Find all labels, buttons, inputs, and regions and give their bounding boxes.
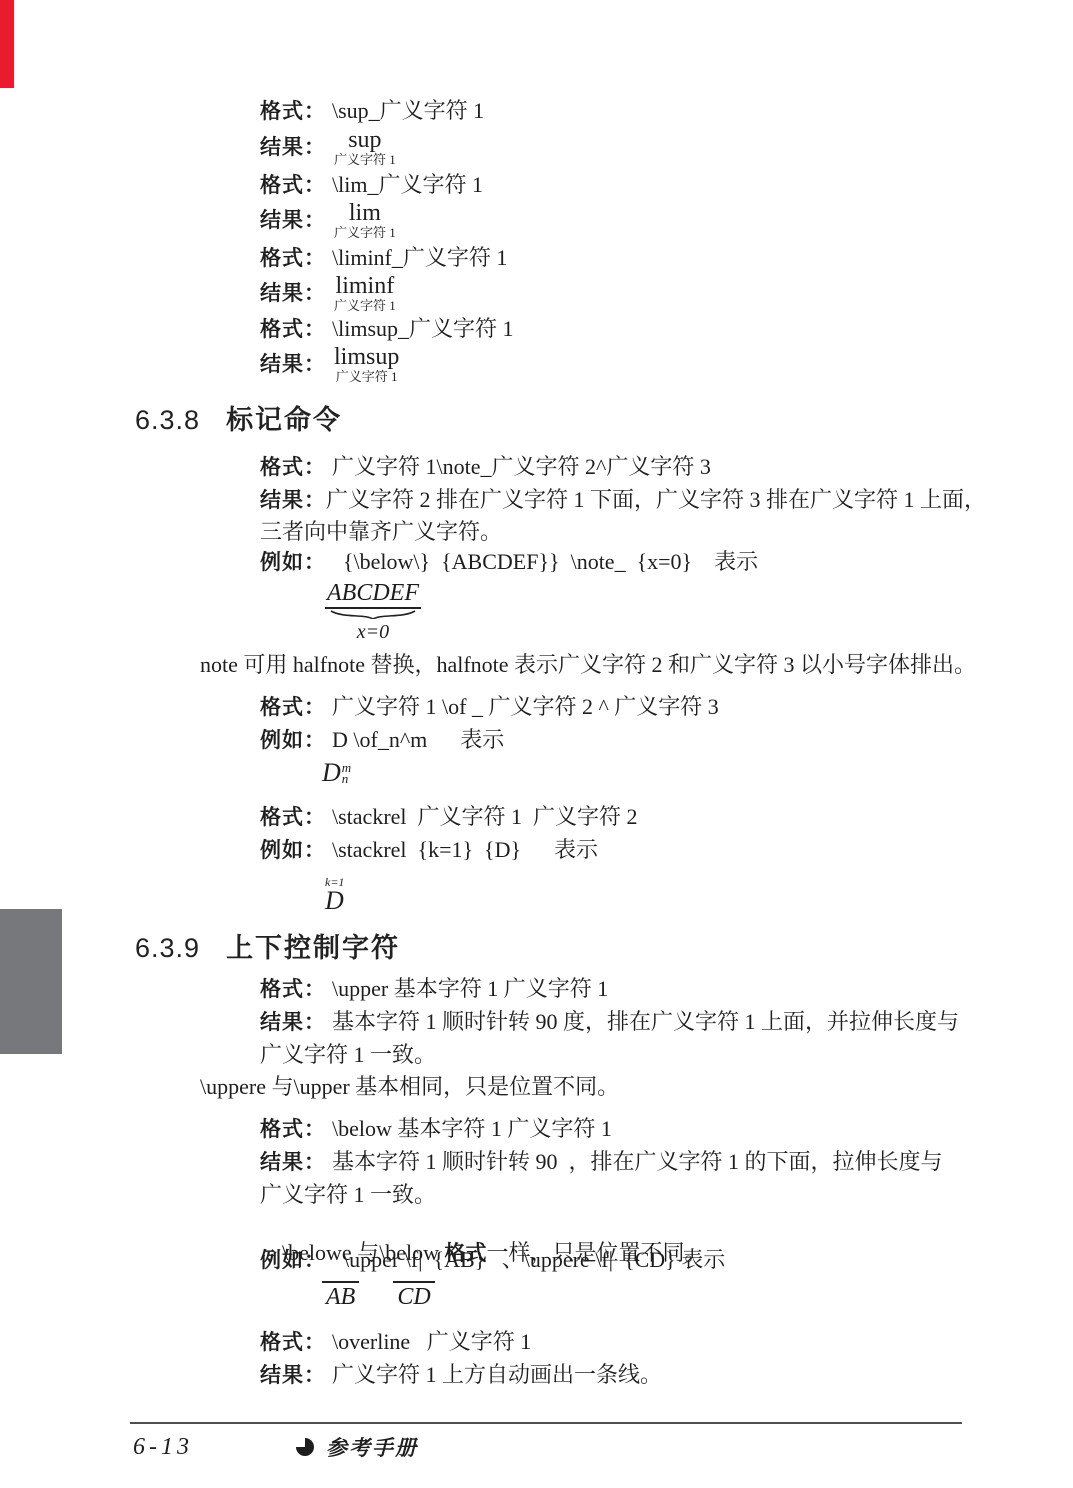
example-label: 例如： <box>260 834 332 864</box>
lim-word: lim <box>349 201 381 225</box>
formula-ab: AB <box>322 1281 359 1310</box>
example-code: \upper \f| {AB} 、\uppere \f| {CD} 表示 <box>332 1243 725 1274</box>
result-label: 结果： <box>260 484 326 514</box>
format-code: \sup_广义字符 1 <box>332 94 484 125</box>
section-heading-639: 6.3.9 上下控制字符 <box>135 926 400 965</box>
format-row-overline: 格式： \overline 广义字符 1 <box>260 1325 531 1356</box>
format-code: \overline 广义字符 1 <box>332 1325 531 1356</box>
result-row-liminf: 结果： liminf 广义字符 1 <box>260 274 396 313</box>
format-code: \limsup_广义字符 1 <box>332 312 514 343</box>
format-code: \liminf_广义字符 1 <box>332 241 507 272</box>
sup-word: sup <box>348 128 381 152</box>
liminf-stack: liminf 广义字符 1 <box>334 274 396 313</box>
limsup-stack: limsup 广义字符 1 <box>334 345 399 384</box>
footer: 6-13 参考手册 <box>133 1432 418 1462</box>
section-title: 上下控制字符 <box>226 926 400 965</box>
gray-margin-bar <box>0 909 62 1054</box>
format-row-liminf: 格式： \liminf_广义字符 1 <box>260 241 507 272</box>
example-row-upper: 例如： \upper \f| {AB} 、\uppere \f| {CD} 表示 <box>260 1243 725 1274</box>
uppere-note-line: \uppere 与\upper 基本相同，只是位置不同。 <box>200 1070 619 1101</box>
format-code: \stackrel 广义字符 1 广义字符 2 <box>332 800 638 831</box>
limsup-word: limsup <box>334 345 399 369</box>
example-code: \stackrel {k=1} {D} 表示 <box>332 833 598 864</box>
result-label: 结果： <box>260 1146 332 1176</box>
format-row-sup: 格式： \sup_广义字符 1 <box>260 94 484 125</box>
format-label: 格式： <box>260 242 332 272</box>
note-halfnote-line: note 可用 halfnote 替换，halfnote 表示广义字符 2 和广… <box>200 648 976 679</box>
example-row-stackrel: 例如： \stackrel {k=1} {D} 表示 <box>260 833 598 864</box>
liminf-word: liminf <box>336 274 395 298</box>
result-text-line1: 基本字符 1 顺时针转 90 度，排在广义字符 1 上面，并拉伸长度与 <box>332 1005 959 1036</box>
result-label: 结果： <box>260 131 332 161</box>
section-title: 标记命令 <box>226 398 342 437</box>
formula-below-note: ABCDEF x=0 <box>325 580 421 644</box>
liminf-subtext: 广义字符 1 <box>334 299 396 313</box>
lim-subtext: 广义字符 1 <box>334 226 396 240</box>
manual-page: 格式： \sup_广义字符 1 结果： sup 广义字符 1 格式： \lim_… <box>0 0 1073 1488</box>
formula-stackrel-result: k=1 D <box>325 866 344 914</box>
result-label: 结果： <box>260 277 332 307</box>
footer-manual-label: 参考手册 <box>326 1432 418 1462</box>
sup-subtext: 广义字符 1 <box>334 153 396 167</box>
section-heading-638: 6.3.8 标记命令 <box>135 398 342 437</box>
format-label: 格式： <box>260 801 332 831</box>
format-label: 格式： <box>260 95 332 125</box>
formula-stackrel-base: D <box>325 888 344 914</box>
example-row-note: 例如： {\below\} {ABCDEF}} \note_ {x=0} 表示 <box>260 545 758 576</box>
limsup-subtext: 广义字符 1 <box>336 370 398 384</box>
format-label: 格式： <box>260 1326 332 1356</box>
pie-circle-icon <box>296 1438 314 1456</box>
result-text-line2: 三者向中靠齐广义字符。 <box>260 515 502 546</box>
format-label: 格式： <box>260 313 332 343</box>
result-row-upper: 结果： 基本字符 1 顺时针转 90 度，排在广义字符 1 上面，并拉伸长度与 <box>260 1005 959 1036</box>
format-code: \upper 基本字符 1 广义字符 1 <box>332 972 608 1003</box>
result-label: 结果： <box>260 348 332 378</box>
example-label: 例如： <box>260 724 332 754</box>
format-row-of: 格式： 广义字符 1 \of _ 广义字符 2 ^ 广义字符 3 <box>260 690 719 721</box>
result-label: 结果： <box>260 1006 332 1036</box>
example-label: 例如： <box>260 1244 332 1274</box>
format-label: 格式： <box>260 691 332 721</box>
format-code: \below 基本字符 1 广义字符 1 <box>332 1112 612 1143</box>
result-label: 结果： <box>260 204 332 234</box>
red-margin-bar <box>0 0 14 88</box>
result-row-sup: 结果： sup 广义字符 1 <box>260 128 396 167</box>
format-row-note: 格式： 广义字符 1\note_广义字符 2^广义字符 3 <box>260 450 711 481</box>
format-label: 格式： <box>260 451 332 481</box>
result-row-limsup: 结果： limsup 广义字符 1 <box>260 345 399 384</box>
formula-cd: CD <box>393 1281 434 1310</box>
formula-abcdef: ABCDEF <box>325 580 421 609</box>
section-number: 6.3.8 <box>135 405 200 436</box>
example-row-of: 例如： D \of_n^m 表示 <box>260 723 504 754</box>
example-code: {\below\} {ABCDEF}} \note_ {x=0} 表示 <box>332 545 758 576</box>
underbrace-glyph <box>329 610 417 619</box>
example-code: D \of_n^m 表示 <box>332 723 504 754</box>
lim-stack: lim 广义字符 1 <box>334 201 396 240</box>
sup-stack: sup 广义字符 1 <box>334 128 396 167</box>
format-label: 格式： <box>260 973 332 1003</box>
result-row-note: 结果： 广义字符 2 排在广义字符 1 下面，广义字符 3 排在广义字符 1 上… <box>260 483 986 514</box>
result-text-line1: 基本字符 1 顺时针转 90 ，排在广义字符 1 的下面，拉伸长度与 <box>332 1145 943 1176</box>
formula-x-equals-0: x=0 <box>357 621 389 644</box>
format-code: 广义字符 1 \of _ 广义字符 2 ^ 广义字符 3 <box>332 690 719 721</box>
format-code: \lim_广义字符 1 <box>332 168 483 199</box>
section-number: 6.3.9 <box>135 933 200 964</box>
format-label: 格式： <box>260 1113 332 1143</box>
format-code: 广义字符 1\note_广义字符 2^广义字符 3 <box>332 450 711 481</box>
result-text-line1: 广义字符 2 排在广义字符 1 下面，广义字符 3 排在广义字符 1 上面， <box>326 483 986 514</box>
formula-of-result: D m n <box>322 760 351 788</box>
format-row-upper: 格式： \upper 基本字符 1 广义字符 1 <box>260 972 608 1003</box>
format-row-stackrel: 格式： \stackrel 广义字符 1 广义字符 2 <box>260 800 638 831</box>
format-label: 格式： <box>260 169 332 199</box>
format-row-lim: 格式： \lim_广义字符 1 <box>260 168 483 199</box>
formula-d-base: D <box>322 760 341 786</box>
result-row-below: 结果： 基本字符 1 顺时针转 90 ，排在广义字符 1 的下面，拉伸长度与 <box>260 1145 943 1176</box>
result-row-overline: 结果： 广义字符 1 上方自动画出一条线。 <box>260 1358 662 1389</box>
formula-d-sub: n <box>342 773 351 784</box>
footer-rule <box>130 1422 962 1424</box>
result-text-line2: 广义字符 1 一致。 <box>260 1178 436 1209</box>
result-text-line2: 广义字符 1 一致。 <box>260 1038 436 1069</box>
result-row-lim: 结果： lim 广义字符 1 <box>260 201 396 240</box>
example-label: 例如： <box>260 546 332 576</box>
page-number: 6-13 <box>133 1434 193 1461</box>
result-text: 广义字符 1 上方自动画出一条线。 <box>332 1358 662 1389</box>
result-label: 结果： <box>260 1359 332 1389</box>
format-row-limsup: 格式： \limsup_广义字符 1 <box>260 312 514 343</box>
format-row-below: 格式： \below 基本字符 1 广义字符 1 <box>260 1112 612 1143</box>
formula-overline-examples: AB CD <box>322 1281 435 1311</box>
